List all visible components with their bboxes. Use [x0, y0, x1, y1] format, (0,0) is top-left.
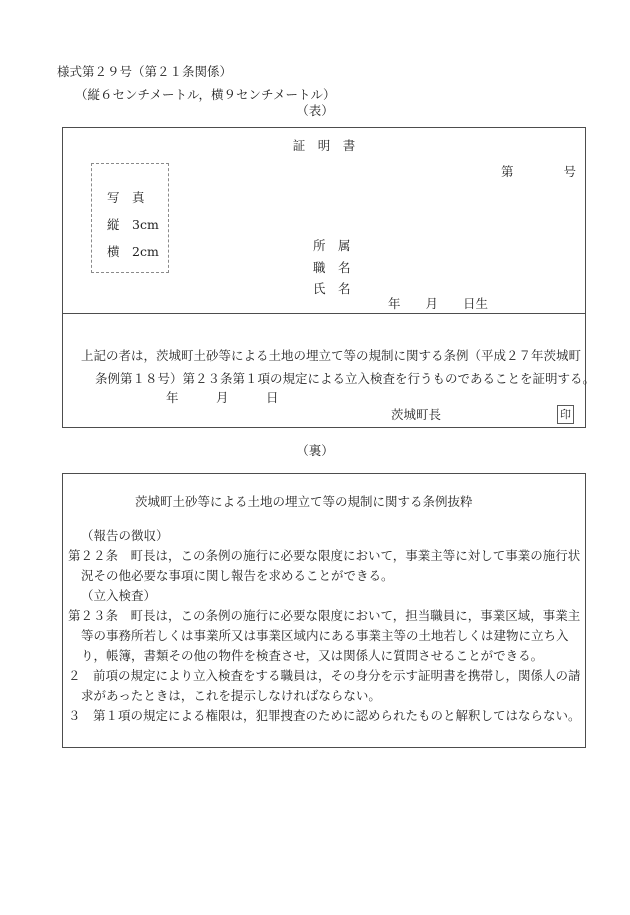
article-23-line-1: 第２３条 町長は，この条例の施行に必要な限度において，担当職員に，事業区域，事業…	[68, 606, 581, 626]
official-seal-mark: 印	[557, 405, 574, 424]
front-side-label: （表）	[0, 105, 630, 118]
certificate-upper-section: 証 明 書 第 号 写 真 縦 3cm 横 2cm 所 属 職 名 氏 名 年 …	[63, 128, 585, 314]
identity-fields: 所 属 職 名 氏 名	[313, 235, 351, 300]
document-page: 様式第２９号（第２１条関係） （縦６センチメートル，横９センチメートル） （表）…	[0, 0, 630, 915]
article-23-item-3: ３ 第１項の規定による権限は，犯罪捜査のために認められたものと解釈してはならない…	[68, 706, 581, 726]
issue-date-line: 年 月 日	[166, 392, 279, 405]
certificate-front-box: 証 明 書 第 号 写 真 縦 3cm 横 2cm 所 属 職 名 氏 名 年 …	[62, 127, 586, 428]
photo-height-note: 縦 3cm	[107, 211, 168, 238]
certificate-title: 証 明 書	[63, 140, 585, 153]
section-heading-report: （報告の徴収）	[68, 526, 581, 546]
article-23-item-2-line-1: ２ 前項の規定により立入検査をする職員は，その身分を示す証明書を携帯し，関係人の…	[68, 666, 581, 686]
ordinance-excerpt-body: （報告の徴収） 第２２条 町長は，この条例の施行に必要な限度において，事業主等に…	[68, 526, 581, 726]
document-number-field: 第 号	[501, 166, 576, 179]
article-23-item-2-line-2: 求があったときは，これを提示しなければならない。	[68, 686, 581, 706]
statement-line-1: 上記の者は，茨城町土砂等による土地の埋立て等の規制に関する条例（平成２７年茨城町	[81, 348, 581, 363]
section-heading-inspection: （立入検査）	[68, 586, 581, 606]
form-size-note: （縦６センチメートル，横９センチメートル）	[75, 89, 336, 102]
article-23-line-3: り，帳簿，書類その他の物件を検査させ，又は関係人に質問させることができる。	[68, 646, 581, 666]
photo-label: 写 真	[107, 184, 168, 211]
back-side-label: （裏）	[0, 445, 630, 458]
article-23-line-2: 等の事務所若しくは事業所又は事業区域内にある事業主等の土地若しくは建物に立ち入	[68, 626, 581, 646]
statement-line-2: 条例第１８号）第２３条第１項の規定による立入検査を行うものであることを証明する。	[95, 371, 595, 386]
birthdate-label: 年 月 日生	[388, 298, 488, 311]
form-number: 様式第２９号（第２１条関係）	[57, 66, 232, 79]
certificate-lower-section: 上記の者は，茨城町土砂等による土地の埋立て等の規制に関する条例（平成２７年茨城町…	[63, 314, 585, 428]
article-22-line-1: 第２２条 町長は，この条例の施行に必要な限度において，事業主等に対して事業の施行…	[68, 546, 581, 566]
certification-statement: 上記の者は，茨城町土砂等による土地の埋立て等の規制に関する条例（平成２７年茨城町…	[63, 344, 585, 390]
issuer-title: 茨城町長	[391, 409, 441, 422]
position-label: 職 名	[313, 257, 351, 279]
article-22-line-2: 況その他必要な事項に関し報告を求めることができる。	[68, 566, 581, 586]
photo-width-note: 横 2cm	[107, 238, 168, 265]
ordinance-excerpt-box: 茨城町土砂等による土地の埋立て等の規制に関する条例抜粋 （報告の徴収） 第２２条…	[62, 473, 586, 748]
ordinance-excerpt-title: 茨城町土砂等による土地の埋立て等の規制に関する条例抜粋	[135, 496, 473, 509]
affiliation-label: 所 属	[313, 235, 351, 257]
name-label: 氏 名	[313, 278, 351, 300]
photo-placeholder-box: 写 真 縦 3cm 横 2cm	[91, 163, 169, 273]
